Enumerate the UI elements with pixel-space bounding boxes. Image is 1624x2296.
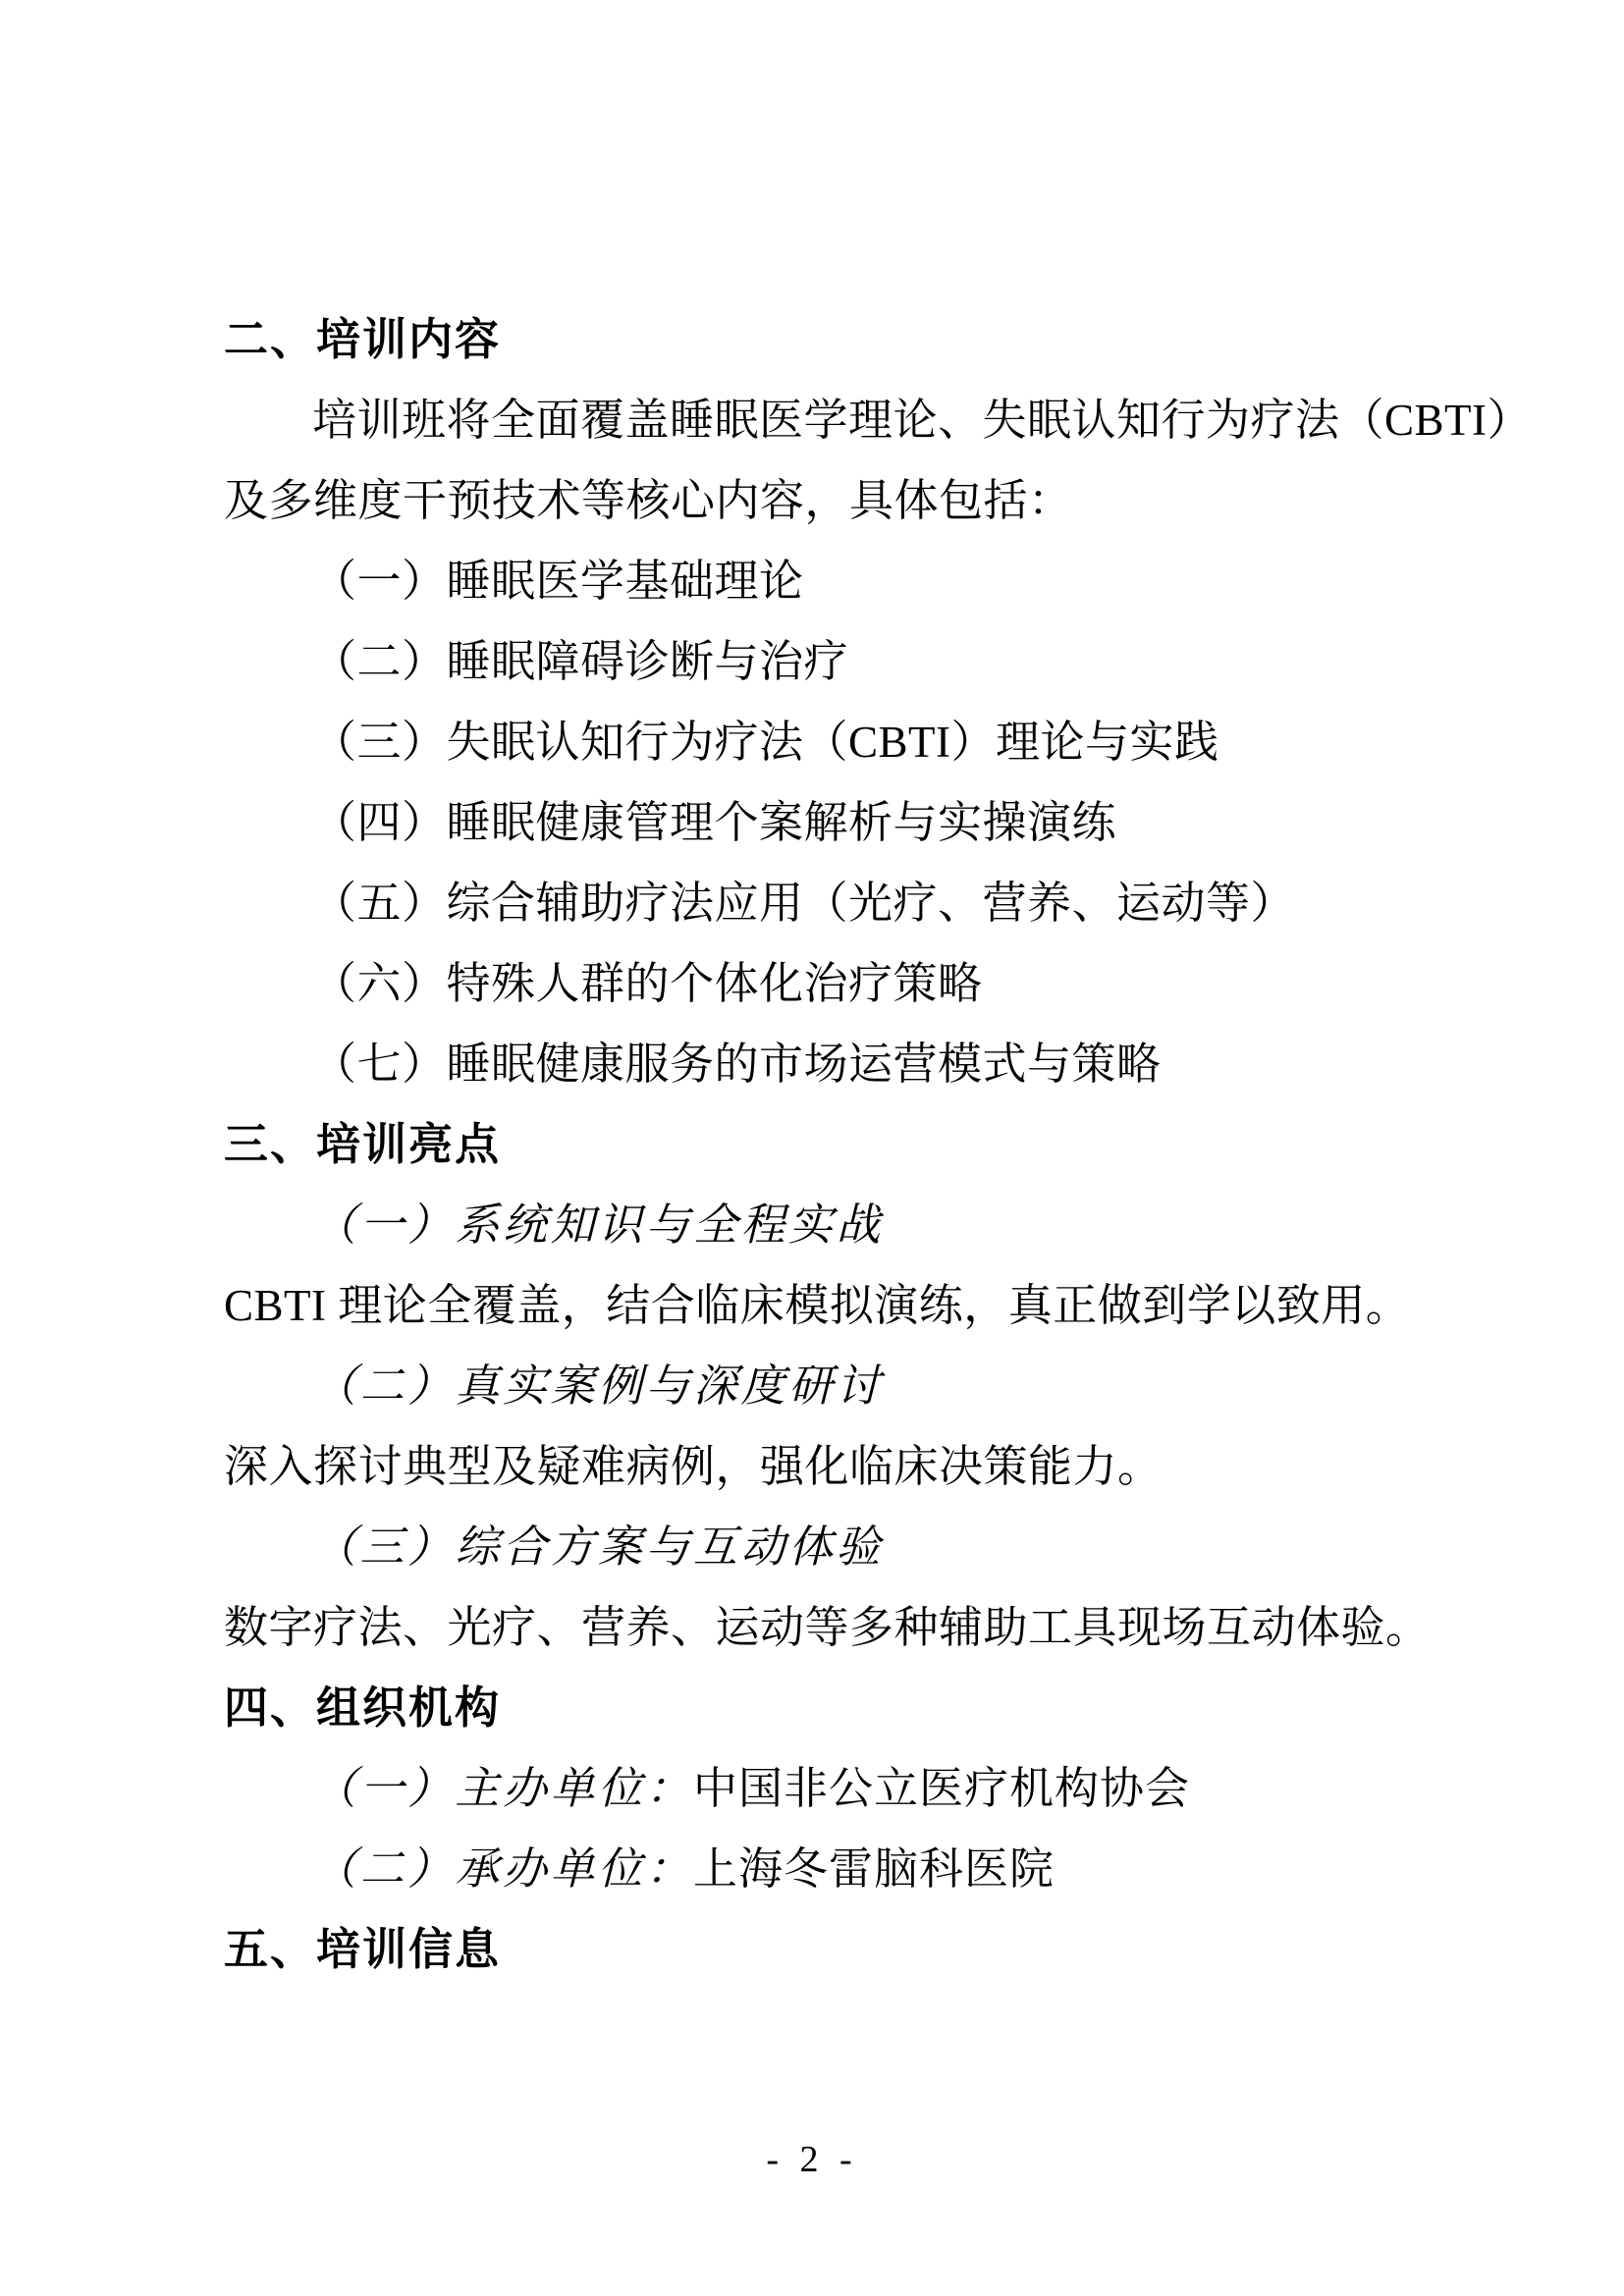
- highlight-1-description: CBTI 理论全覆盖，结合临床模拟演练，真正做到学以致用。: [224, 1260, 1445, 1341]
- paragraph-intro-line-2: 及多维度干预技术等核心内容，具体包括：: [224, 455, 1445, 536]
- organizer-undertaker-value: 上海冬雷脑科医院: [693, 1833, 1055, 1896]
- subheading-highlight-2: （二）真实案例与深度研讨: [224, 1341, 1445, 1421]
- highlight-3-description: 数字疗法、光疗、营养、运动等多种辅助工具现场互动体验。: [224, 1582, 1445, 1663]
- section-heading-training-info: 五、培训信息: [224, 1904, 1445, 1985]
- document-page: 二、培训内容 培训班将全面覆盖睡眠医学理论、失眠认知行为疗法（CBTI） 及多维…: [0, 0, 1624, 2296]
- list-item-6: （六）特殊人群的个体化治疗策略: [224, 938, 1445, 1019]
- section-heading-organization: 四、组织机构: [224, 1663, 1445, 1743]
- document-body: 二、培训内容 培训班将全面覆盖睡眠医学理论、失眠认知行为疗法（CBTI） 及多维…: [224, 294, 1445, 1985]
- page-number: - 2 -: [0, 2138, 1624, 2181]
- section-heading-training-highlights: 三、培训亮点: [224, 1099, 1445, 1180]
- organizer-host-line: （一）主办单位：中国非公立医疗机构协会: [224, 1743, 1445, 1824]
- list-item-2: （二）睡眠障碍诊断与治疗: [224, 616, 1445, 697]
- list-item-7: （七）睡眠健康服务的市场运营模式与策略: [224, 1019, 1445, 1099]
- section-heading-training-content: 二、培训内容: [224, 294, 1445, 375]
- organizer-host-value: 中国非公立医疗机构协会: [693, 1752, 1190, 1816]
- organizer-undertaker-label: （二）承办单位：: [312, 1833, 693, 1896]
- list-item-4: （四）睡眠健康管理个案解析与实操演练: [224, 777, 1445, 858]
- organizer-host-label: （一）主办单位：: [312, 1752, 693, 1816]
- highlight-2-description: 深入探讨典型及疑难病例，强化临床决策能力。: [224, 1421, 1445, 1502]
- subheading-highlight-1: （一）系统知识与全程实战: [224, 1180, 1445, 1260]
- organizer-undertaker-line: （二）承办单位：上海冬雷脑科医院: [224, 1824, 1445, 1904]
- list-item-3: （三）失眠认知行为疗法（CBTI）理论与实践: [224, 697, 1445, 777]
- list-item-5: （五）综合辅助疗法应用（光疗、营养、运动等）: [224, 858, 1445, 938]
- subheading-highlight-3: （三）综合方案与互动体验: [224, 1502, 1445, 1582]
- list-item-1: （一）睡眠医学基础理论: [224, 536, 1445, 616]
- paragraph-intro-line-1: 培训班将全面覆盖睡眠医学理论、失眠认知行为疗法（CBTI）: [224, 375, 1445, 455]
